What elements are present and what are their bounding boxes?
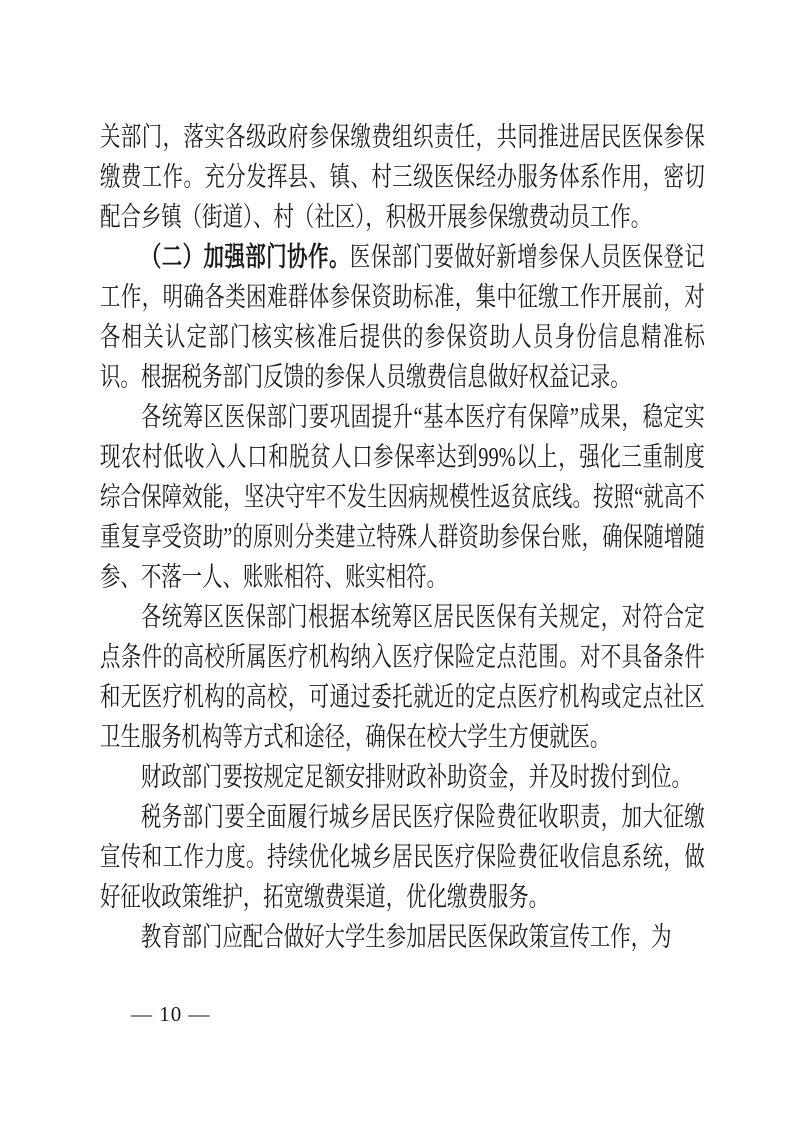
paragraph-university-clinics: 各统筹区医保部门根据本统筹区居民医保有关规定，对符合定点条件的高校所属医疗机构纳… (100, 597, 705, 757)
paragraph-tax-department: 税务部门要全面履行城乡居民医疗保险费征收职责，加大征缴宣传和工作力度。持续优化城… (100, 797, 705, 917)
page-number: — 10 — (131, 1002, 211, 1026)
paragraph-section-two: （二）加强部门协作。医保部门要做好新增参保人员医保登记工作，明确各类困难群体参保… (100, 237, 705, 397)
paragraph-education-department: 教育部门应配合做好大学生参加居民医保政策宣传工作，为 (100, 917, 705, 957)
paragraph-continuation: 关部门，落实各级政府参保缴费组织责任，共同推进居民医保参保缴费工作。充分发挥县、… (100, 117, 705, 237)
paragraph-consolidate-coverage: 各统筹区医保部门要巩固提升“基本医疗有保障”成果，稳定实现农村低收入人口和脱贫人… (100, 397, 705, 597)
document-body: 关部门，落实各级政府参保缴费组织责任，共同推进居民医保参保缴费工作。充分发挥县、… (100, 117, 705, 957)
paragraph-text: 教育部门应配合做好大学生参加居民医保政策宣传工作，为 (141, 922, 672, 952)
paragraph-text: 各统筹区医保部门根据本统筹区居民医保有关规定，对符合定点条件的高校所属医疗机构纳… (100, 602, 705, 752)
document-page: 关部门，落实各级政府参保缴费组织责任，共同推进居民医保参保缴费工作。充分发挥县、… (0, 0, 793, 1122)
paragraph-text: 各统筹区医保部门要巩固提升“基本医疗有保障”成果，稳定实现农村低收入人口和脱贫人… (100, 402, 705, 592)
paragraph-text: 关部门，落实各级政府参保缴费组织责任，共同推进居民医保参保缴费工作。充分发挥县、… (100, 122, 705, 232)
paragraph-text: 税务部门要全面履行城乡居民医疗保险费征收职责，加大征缴宣传和工作力度。持续优化城… (100, 802, 705, 912)
section-heading: （二）加强部门协作。 (141, 242, 350, 272)
paragraph-finance-department: 财政部门要按规定足额安排财政补助资金，并及时拨付到位。 (100, 757, 705, 797)
paragraph-text: 财政部门要按规定足额安排财政补助资金，并及时拨付到位。 (141, 762, 692, 792)
